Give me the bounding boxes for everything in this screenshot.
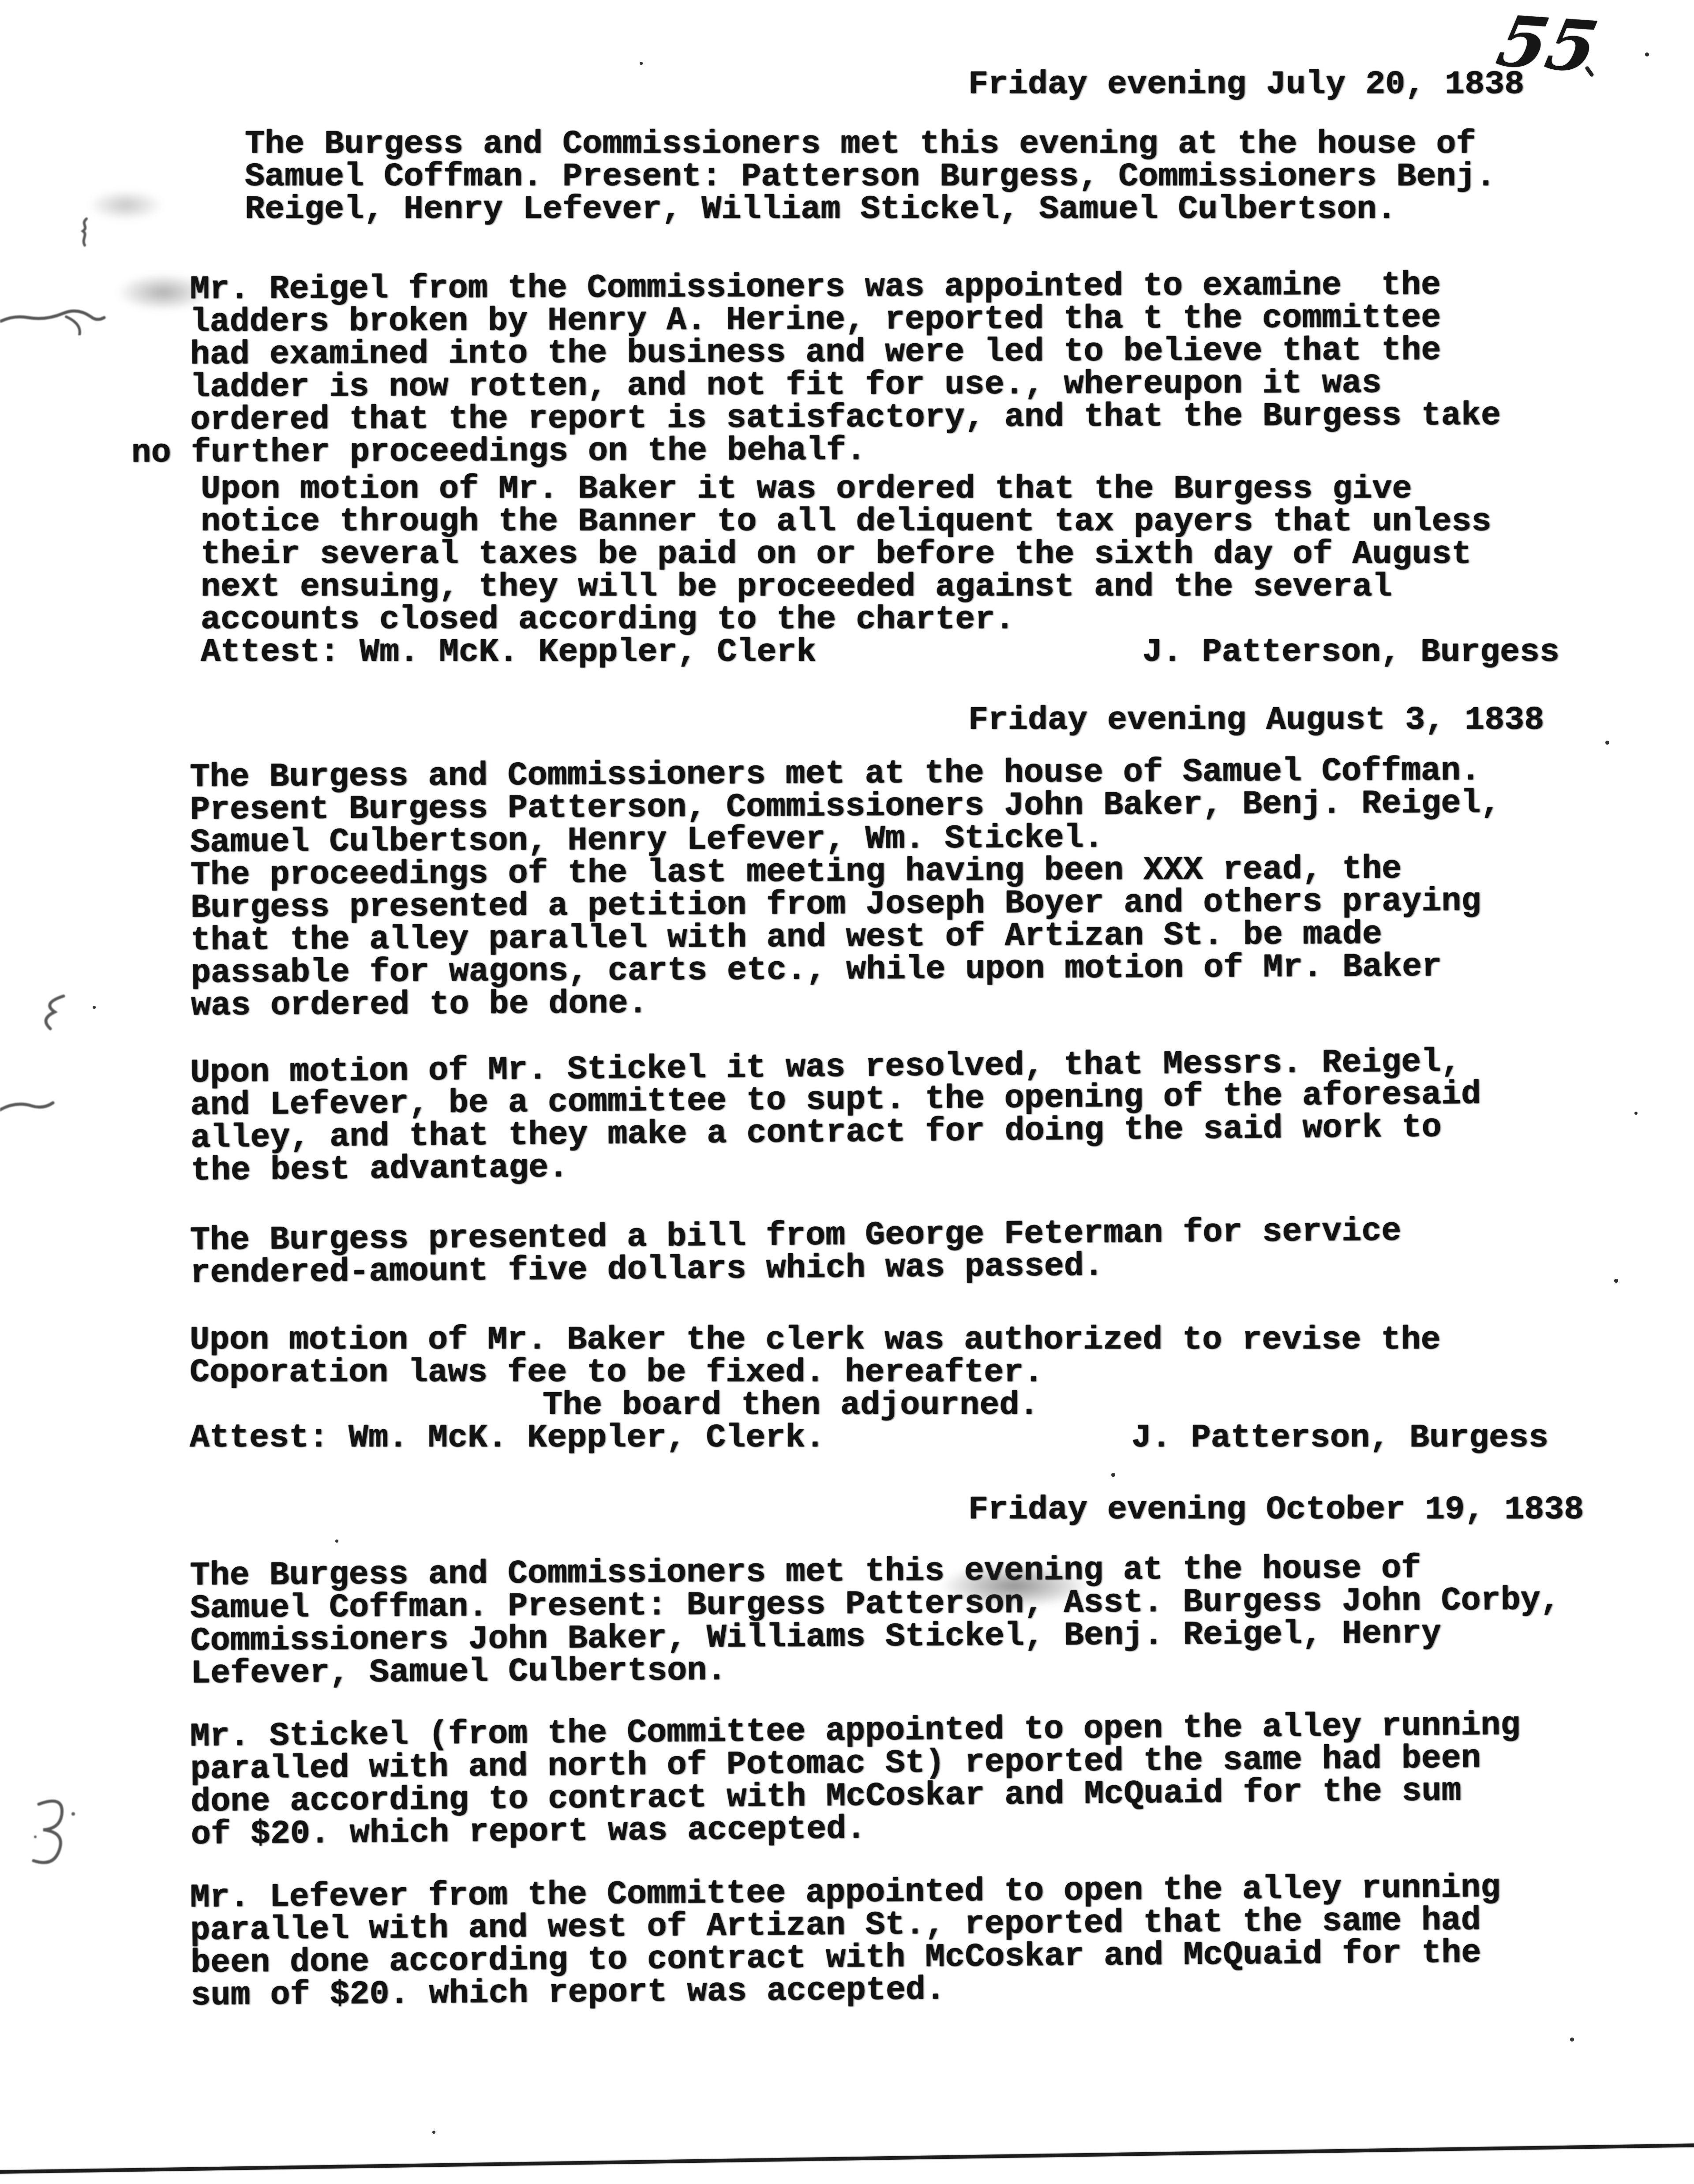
toner-specks [640,62,643,65]
text-line: Upon motion of Mr. Baker it was ordered … [201,473,1694,506]
scan-smudge-margin-4 [0,1093,57,1117]
attestation-row: Attest: Wm. McK. Keppler, ClerkJ. Patter… [201,636,1559,669]
text-line: Upon motion of Mr. Baker the clerk was a… [190,1324,1694,1356]
scan-smudge-margin-5 [29,1796,82,1871]
text-line: next ensuing, they will be proceeded aga… [201,571,1694,603]
paragraph: Mr. Lefever from the Committee appointed… [190,1839,1694,2012]
handwritten-page-number: 55 [1491,0,1604,88]
text-line: notice through the Banner to all delique… [201,506,1694,538]
paragraph: Upon motion of Mr. Stickel it was resolv… [190,1009,1694,1188]
scan-edge-line [0,2143,1694,2174]
paragraph: The Burgess and Commissioners met at the… [190,729,1694,1023]
attest-clerk-signature: Attest: Wm. McK. Keppler, Clerk [201,636,816,669]
paragraph: Upon motion of Mr. Baker it was ordered … [201,469,1694,669]
text-line: ordered that the report is satisfactory,… [190,399,1694,437]
paragraph: The Burgess presented a bill from George… [190,1176,1694,1290]
scan-smudge-margin-2 [0,300,110,335]
text-line: The Burgess and Commissioners met this e… [245,128,1694,161]
text-line: accounts closed according to the charter… [201,603,1694,636]
scanned-minutes-page: Friday evening July 20, 1838The Burgess … [0,0,1694,2012]
paragraph: Mr. Stickel (from the Committee appointe… [190,1677,1694,1851]
text-line: their several taxes be paid on or before… [201,538,1694,571]
scan-smudge-margin-3 [36,993,76,1033]
attest-burgess-signature: J. Patterson, Burgess [1143,636,1559,669]
paragraph: Mr. Reigel from the Commissioners was ap… [190,221,1694,469]
text-line: Coporation laws fee to be fixed. hereaft… [190,1356,1694,1389]
scan-smudge-margin-1 [76,217,94,248]
text-line: Samuel Coffman. Present: Patterson Burge… [245,161,1694,193]
text-line: no further proceedings on the behalf. [131,431,1694,469]
attestation-row: Attest: Wm. McK. Keppler, Clerk.J. Patte… [190,1422,1548,1454]
paragraph: The Burgess and Commissioners met this e… [190,1517,1694,1690]
section-heading: Friday evening October 19, 1838 [968,1454,1694,1526]
paragraph: Upon motion of Mr. Baker the clerk was a… [190,1290,1694,1454]
section-heading: Friday evening August 3, 1838 [968,669,1694,737]
paragraph: The Burgess and Commissioners met this e… [245,101,1694,226]
text-line: The board then adjourned. [543,1389,1694,1422]
attest-burgess-signature: J. Patterson, Burgess [1132,1422,1548,1454]
attest-clerk-signature: Attest: Wm. McK. Keppler, Clerk. [190,1422,825,1454]
